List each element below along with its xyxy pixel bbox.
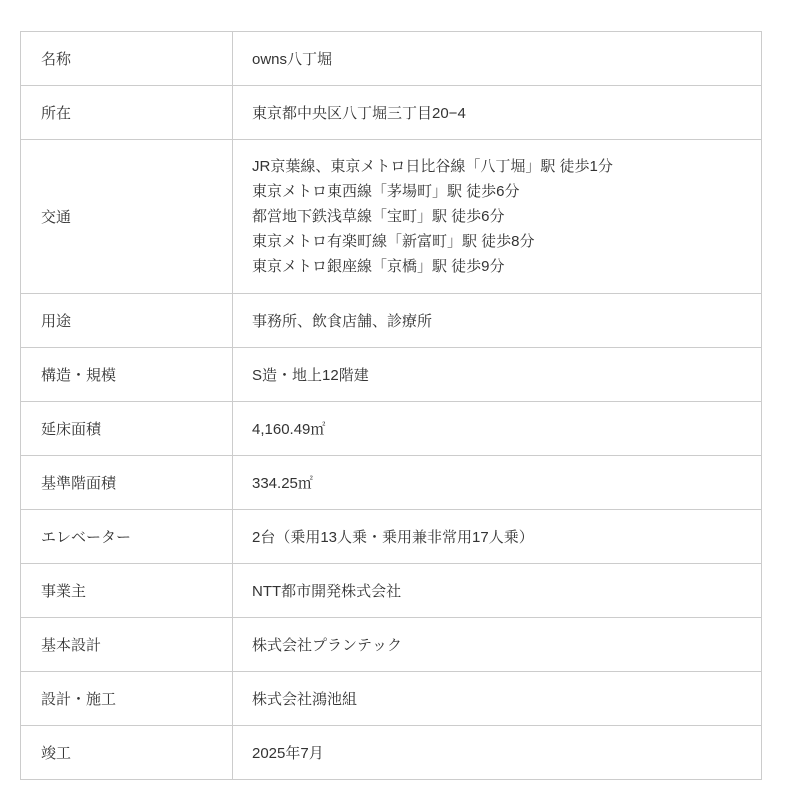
table-row-structure: 構造・規模 S造・地上12階建 <box>21 348 762 402</box>
table-row-design-construction: 設計・施工 株式会社鴻池組 <box>21 672 762 726</box>
access-line: 東京メトロ有楽町線「新富町」駅 徒歩8分 <box>252 229 751 254</box>
row-value: 株式会社鴻池組 <box>233 672 762 726</box>
table-row-access: 交通 JR京葉線、東京メトロ日比谷線「八丁堀」駅 徒歩1分 東京メトロ東西線「茅… <box>21 140 762 294</box>
table-row-basic-design: 基本設計 株式会社プランテック <box>21 618 762 672</box>
row-value: JR京葉線、東京メトロ日比谷線「八丁堀」駅 徒歩1分 東京メトロ東西線「茅場町」… <box>233 140 762 294</box>
access-line: 東京メトロ東西線「茅場町」駅 徒歩6分 <box>252 179 751 204</box>
row-label: 設計・施工 <box>21 672 233 726</box>
row-value: S造・地上12階建 <box>233 348 762 402</box>
row-value: 事務所、飲食店舗、診療所 <box>233 294 762 348</box>
spec-table: 名称 owns八丁堀 所在 東京都中央区八丁堀三丁目20−4 交通 JR京葉線、… <box>20 31 762 780</box>
row-value: 2025年7月 <box>233 726 762 780</box>
access-line: 東京メトロ銀座線「京橋」駅 徒歩9分 <box>252 254 751 279</box>
table-row-completion: 竣工 2025年7月 <box>21 726 762 780</box>
table-row-name: 名称 owns八丁堀 <box>21 32 762 86</box>
row-label: エレベーター <box>21 510 233 564</box>
table-row-total-floor-area: 延床面積 4,160.49㎡ <box>21 402 762 456</box>
row-value: 株式会社プランテック <box>233 618 762 672</box>
row-label: 事業主 <box>21 564 233 618</box>
row-value: NTT都市開発株式会社 <box>233 564 762 618</box>
table-row-owner: 事業主 NTT都市開発株式会社 <box>21 564 762 618</box>
row-value: 東京都中央区八丁堀三丁目20−4 <box>233 86 762 140</box>
building-spec-table: 名称 owns八丁堀 所在 東京都中央区八丁堀三丁目20−4 交通 JR京葉線、… <box>20 31 762 780</box>
access-line: JR京葉線、東京メトロ日比谷線「八丁堀」駅 徒歩1分 <box>252 154 751 179</box>
row-value: 334.25㎡ <box>233 456 762 510</box>
row-label: 名称 <box>21 32 233 86</box>
row-value: 4,160.49㎡ <box>233 402 762 456</box>
row-label: 竣工 <box>21 726 233 780</box>
table-row-standard-floor-area: 基準階面積 334.25㎡ <box>21 456 762 510</box>
row-value: 2台（乗用13人乗・乗用兼非常用17人乗） <box>233 510 762 564</box>
row-label: 延床面積 <box>21 402 233 456</box>
table-row-address: 所在 東京都中央区八丁堀三丁目20−4 <box>21 86 762 140</box>
row-value: owns八丁堀 <box>233 32 762 86</box>
table-row-usage: 用途 事務所、飲食店舗、診療所 <box>21 294 762 348</box>
row-label: 構造・規模 <box>21 348 233 402</box>
row-label: 所在 <box>21 86 233 140</box>
row-label: 用途 <box>21 294 233 348</box>
table-row-elevator: エレベーター 2台（乗用13人乗・乗用兼非常用17人乗） <box>21 510 762 564</box>
row-label: 基本設計 <box>21 618 233 672</box>
row-label: 基準階面積 <box>21 456 233 510</box>
access-line: 都営地下鉄浅草線「宝町」駅 徒歩6分 <box>252 204 751 229</box>
row-label: 交通 <box>21 140 233 294</box>
